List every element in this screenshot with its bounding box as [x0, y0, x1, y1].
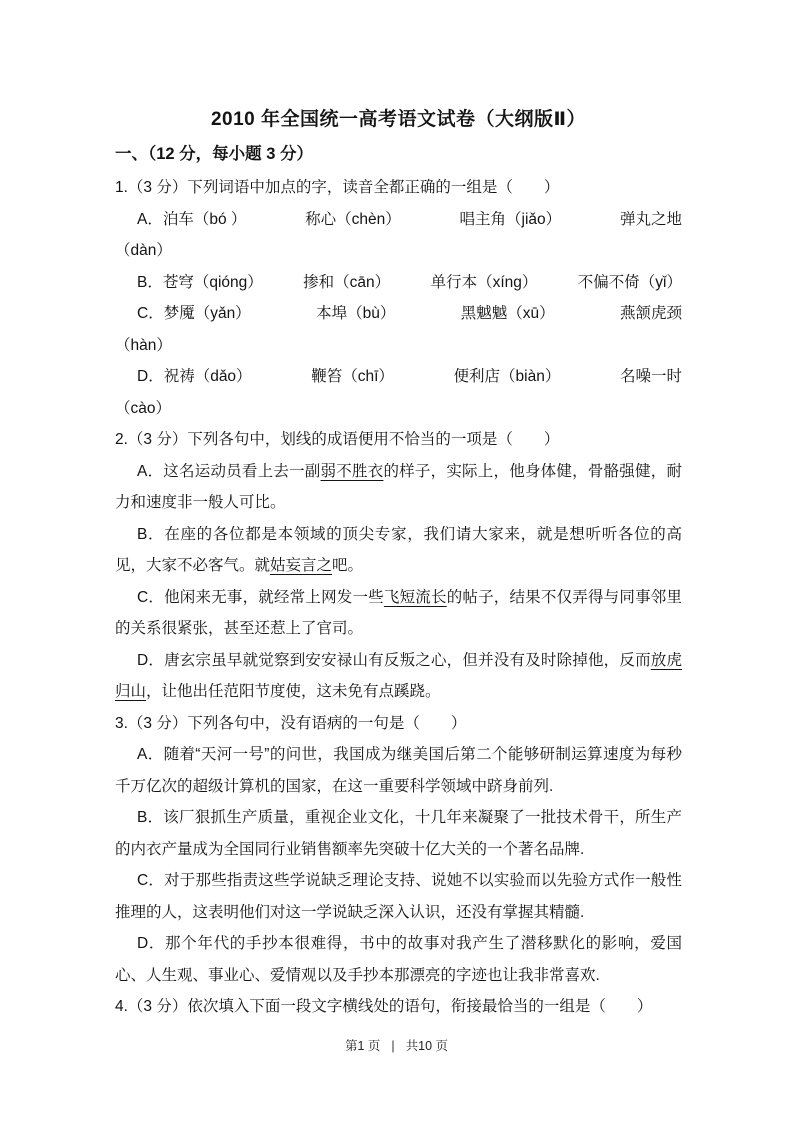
- page-footer: 第1 页|共10 页: [0, 1036, 793, 1056]
- q2-c-pre: C．他闲来无事，就经常上网发一些: [137, 589, 384, 606]
- q1-d-item-3: 便利店（biàn）: [454, 361, 561, 393]
- q1-stem: 1.（3 分）下列词语中加点的字，读音全都正确的一组是（ ）: [115, 172, 682, 204]
- exam-document: 2010 年全国统一高考语文试卷（大纲版Ⅱ） 一、（12 分，每小题 3 分） …: [115, 102, 682, 1023]
- q1-c-item-3: 黑魆魆（xū）: [461, 298, 555, 330]
- q1-c-item-1: C．梦魇（yǎn）: [137, 298, 251, 330]
- q2-a-pre: A．这名运动员看上去一副: [137, 463, 321, 480]
- exam-title: 2010 年全国统一高考语文试卷（大纲版Ⅱ）: [115, 102, 682, 137]
- q1-option-d-row: D．祝祷（dǎo） 鞭笞（chī） 便利店（biàn） 名噪一时: [115, 361, 682, 393]
- q2-option-b: B．在座的各位都是本领域的顶尖专家，我们请大家来，就是想听听各位的高见，大家不必…: [115, 519, 682, 582]
- q1-a-item-1: A．泊车（bó ）: [137, 204, 246, 236]
- q1-d-item-2: 鞭笞（chī）: [311, 361, 394, 393]
- q3-option-b: B．该厂狠抓生产质量，重视企业文化，十几年来凝聚了一批技术骨干，所生产的内衣产量…: [115, 802, 682, 865]
- q2-option-d: D．唐玄宗虽早就觉察到安安禄山有反叛之心，但并没有及时除掉他，反而放虎归山，让他…: [115, 645, 682, 708]
- q1-d-continuation: （cào）: [115, 393, 682, 425]
- q1-c-item-4: 燕颔虎颈: [620, 298, 682, 330]
- q2-b-pre: B．在座的各位都是本领域的顶尖专家，我们请大家来，就是想听听各位的高见，大家不必…: [115, 526, 682, 575]
- q2-c-underlined-idiom: 飞短流长: [384, 589, 447, 606]
- q2-stem: 2.（3 分）下列各句中，划线的成语便用不恰当的一项是（ ）: [115, 424, 682, 456]
- q1-d-item-4: 名噪一时: [620, 361, 682, 393]
- q1-b-item-3: 单行本（xíng）: [431, 267, 538, 299]
- q2-b-post: 吧。: [332, 557, 363, 574]
- q1-a-item-3: 唱主角（jiǎo）: [460, 204, 562, 236]
- q3-option-d: D．那个年代的手抄本很难得，书中的故事对我产生了潜移默化的影响，爱国心、人生观、…: [115, 928, 682, 991]
- q1-a-continuation: （dàn）: [115, 235, 682, 267]
- q1-b-item-4: 不偏不倚（yǐ）: [578, 267, 682, 299]
- section-one-heading: 一、（12 分，每小题 3 分）: [115, 137, 682, 172]
- footer-separator: |: [391, 1039, 394, 1053]
- q1-b-item-1: B．苍穹（qióng）: [137, 267, 263, 299]
- q1-option-a-row: A．泊车（bó ） 称心（chèn） 唱主角（jiǎo） 弹丸之地: [115, 204, 682, 236]
- q1-a-item-4: 弹丸之地: [620, 204, 682, 236]
- q2-d-post: ，让他出任范阳节度使，这未免有点蹊跷。: [146, 683, 441, 700]
- q1-b-item-2: 掺和（cān）: [303, 267, 390, 299]
- q2-a-underlined-idiom: 弱不胜衣: [321, 463, 384, 480]
- q1-c-continuation: （hàn）: [115, 330, 682, 362]
- q1-d-item-1: D．祝祷（dǎo）: [137, 361, 252, 393]
- q4-stem: 4.（3 分）依次填入下面一段文字横线处的语句，衔接最恰当的一组是（ ）: [115, 991, 682, 1023]
- q1-option-c-row: C．梦魇（yǎn） 本埠（bù） 黑魆魆（xū） 燕颔虎颈: [115, 298, 682, 330]
- q3-stem: 3.（3 分）下列各句中，没有语病的一句是（ ）: [115, 708, 682, 740]
- q3-option-c: C．对于那些指责这些学说缺乏理论支持、说她不以实验而以先验方式作一般性推理的人，…: [115, 865, 682, 928]
- footer-current-page: 第1 页: [345, 1039, 380, 1053]
- footer-total-pages: 共10 页: [406, 1039, 448, 1053]
- q2-d-pre: D．唐玄宗虽早就觉察到安安禄山有反叛之心，但并没有及时除掉他，反而: [137, 652, 651, 669]
- q1-option-b-row: B．苍穹（qióng） 掺和（cān） 单行本（xíng） 不偏不倚（yǐ）: [115, 267, 682, 299]
- q2-option-a: A．这名运动员看上去一副弱不胜衣的样子，实际上，他身体健，骨骼强健，耐力和速度非…: [115, 456, 682, 519]
- q1-a-item-2: 称心（chèn）: [305, 204, 401, 236]
- q3-option-a: A．随着“天河一号”的问世，我国成为继美国后第二个能够研制运算速度为每秒千万亿次…: [115, 739, 682, 802]
- q2-b-underlined-idiom: 姑妄言之: [270, 557, 332, 574]
- q2-option-c: C．他闲来无事，就经常上网发一些飞短流长的帖子，结果不仅弄得与同事邻里的关系很紧…: [115, 582, 682, 645]
- q1-c-item-2: 本埠（bù）: [316, 298, 395, 330]
